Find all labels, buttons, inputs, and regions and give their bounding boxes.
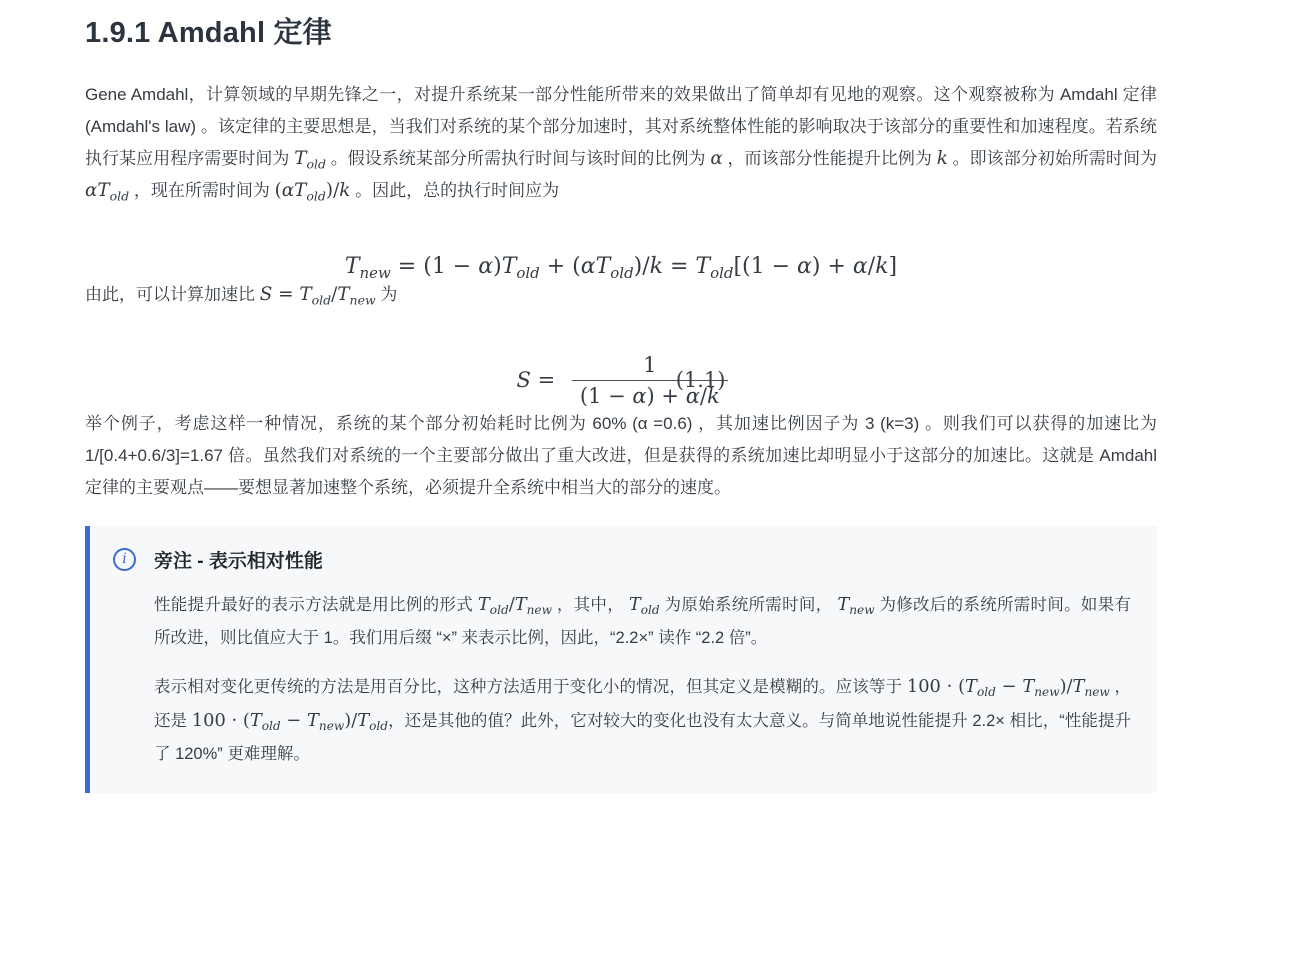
math-run: Tnew [837, 594, 874, 615]
math-variable: αT [581, 254, 611, 279]
text-run: ，而该部分性能提升比例为 [723, 149, 937, 168]
math-subscript: old [641, 603, 660, 617]
math-variable: T [837, 594, 849, 615]
math-operator: ( [275, 180, 282, 201]
math-operator: ] [889, 254, 898, 279]
math-variable: T [965, 676, 977, 697]
info-icon: i [113, 548, 136, 571]
math-run: S = Told/Tnew [260, 284, 376, 305]
math-run: 100 · (Told − Tnew)/Tnew [907, 676, 1110, 697]
text-run: 为 [376, 285, 398, 304]
math-variable: T [629, 594, 641, 615]
math-variable: S [517, 368, 531, 392]
math-subscript: old [977, 685, 996, 699]
math-variable: T [299, 284, 311, 305]
math-subscript: old [710, 264, 733, 282]
math-operator: [(1 − [733, 254, 797, 279]
text-run: 性能提升最好的表示方法就是用比例的形式 [154, 596, 478, 614]
math-operator: )/ [326, 180, 339, 201]
math-variable: T [502, 254, 517, 279]
math-run: αTold [85, 180, 129, 201]
text-run: 举个例子，考虑这样一种情况，系统的某个部分初始耗时比例为 60% (α =0.6… [85, 414, 1157, 497]
aside-note: i 旁注 - 表示相对性能 性能提升最好的表示方法就是用比例的形式 Told/T… [85, 526, 1157, 793]
math-subscript: new [527, 603, 552, 617]
aside-paragraph-1: 性能提升最好的表示方法就是用比例的形式 Told/Tnew ，其中， Told … [154, 588, 1131, 655]
math-operator: = [272, 284, 299, 305]
math-subscript: old [312, 292, 331, 307]
text-run: 由此，可以计算加速比 [85, 285, 260, 304]
equation-speedup-lhs: S = [517, 368, 556, 392]
math-variable: α [478, 254, 493, 279]
math-run: Told [294, 148, 326, 169]
math-variable: T [357, 710, 369, 731]
math-variable: T [515, 594, 527, 615]
math-operator: = [663, 254, 695, 279]
math-operator: ) + [812, 254, 853, 279]
math-variable: α [853, 254, 868, 279]
math-variable: k [339, 180, 350, 201]
math-run: Told [629, 594, 660, 615]
section-heading: 1.9.1 Amdahl 定律 [85, 10, 1157, 51]
speedup-intro-paragraph: 由此，可以计算加速比 S = Told/Tnew 为 [85, 279, 1157, 311]
math-operator: = [531, 368, 555, 392]
math-subscript: old [262, 719, 281, 733]
example-paragraph: 举个例子，考虑这样一种情况，系统的某个部分初始耗时比例为 60% (α =0.6… [85, 408, 1157, 504]
math-variable: T [294, 148, 306, 169]
math-subscript: new [849, 603, 874, 617]
math-subscript: old [110, 188, 129, 203]
math-variable: αT [85, 180, 110, 201]
math-variable: k [650, 254, 663, 279]
math-operator: = (1 − [391, 254, 478, 279]
math-variable: α [632, 384, 646, 408]
math-operator: 100 · ( [907, 676, 965, 697]
math-subscript: old [490, 603, 509, 617]
math-operator: ) [493, 254, 502, 279]
math-variable: α [797, 254, 812, 279]
math-operator: )/ [1060, 676, 1073, 697]
math-variable: S [260, 284, 273, 305]
math-subscript: new [319, 719, 344, 733]
math-variable: T [695, 254, 710, 279]
document-page: 1.9.1 Amdahl 定律 Gene Amdahl，计算领域的早期先锋之一，… [0, 0, 1305, 793]
math-run: α [710, 148, 722, 169]
math-variable: αT [282, 180, 307, 201]
equation-number: (1.1) [676, 368, 726, 392]
math-run: 100 · (Told − Tnew)/Told [192, 710, 388, 731]
math-variable: T [1073, 676, 1085, 697]
equation-tnew: Tnew = (1 − α)Told + (αTold)/k = Told[(1… [85, 253, 1157, 279]
math-variable: T [1022, 676, 1034, 697]
text-run: ，现在所需时间为 [129, 181, 274, 200]
math-operator: (1 − [580, 384, 633, 408]
math-subscript: old [306, 188, 325, 203]
math-subscript: old [306, 156, 325, 171]
math-subscript: old [516, 264, 539, 282]
math-operator: + ( [540, 254, 581, 279]
math-variable: k [937, 148, 948, 169]
math-run: (αTold)/k [275, 180, 351, 201]
math-operator: )/ [634, 254, 650, 279]
math-run: Told/Tnew [478, 594, 552, 615]
math-run: k [937, 148, 948, 169]
math-operator: 1 [643, 353, 656, 377]
math-variable: T [337, 284, 349, 305]
math-variable: T [250, 710, 262, 731]
math-subscript: new [1084, 685, 1109, 699]
intro-paragraph: Gene Amdahl，计算领域的早期先锋之一，对提升系统某一部分性能所带来的效… [85, 79, 1157, 207]
text-run: ，其中， [552, 596, 629, 614]
text-run: 。即该部分初始所需时间为 [948, 149, 1157, 168]
math-variable: T [307, 710, 319, 731]
aside-title-row: i 旁注 - 表示相对性能 [113, 546, 1131, 573]
aside-title: 旁注 - 表示相对性能 [154, 546, 323, 573]
math-operator: − [996, 676, 1023, 697]
equation-tnew-body: Tnew = (1 − α)Told + (αTold)/k = Told[(1… [345, 254, 897, 279]
math-subscript: new [1034, 685, 1059, 699]
equation-speedup: S = 1 (1 − α) + α/k (1.1) [85, 353, 1157, 408]
math-operator: 100 · ( [192, 710, 250, 731]
text-run: 。因此，总的执行时间应为 [350, 181, 559, 200]
math-variable: T [345, 254, 360, 279]
math-variable: α [710, 148, 722, 169]
text-run: 。假设系统某部分所需执行时间与该时间的比例为 [326, 149, 710, 168]
math-variable: T [478, 594, 490, 615]
math-subscript: old [610, 264, 633, 282]
math-operator: )/ [344, 710, 357, 731]
math-subscript: old [369, 719, 388, 733]
math-operator: − [281, 710, 307, 731]
text-run: 表示相对变化更传统的方法是用百分比，这种方法适用于变化小的情况，但其定义是模糊的… [154, 678, 907, 696]
aside-paragraph-2: 表示相对变化更传统的方法是用百分比，这种方法适用于变化小的情况，但其定义是模糊的… [154, 670, 1131, 771]
text-run: 为原始系统所需时间， [660, 596, 838, 614]
math-subscript: new [350, 292, 376, 307]
math-variable: k [875, 254, 888, 279]
